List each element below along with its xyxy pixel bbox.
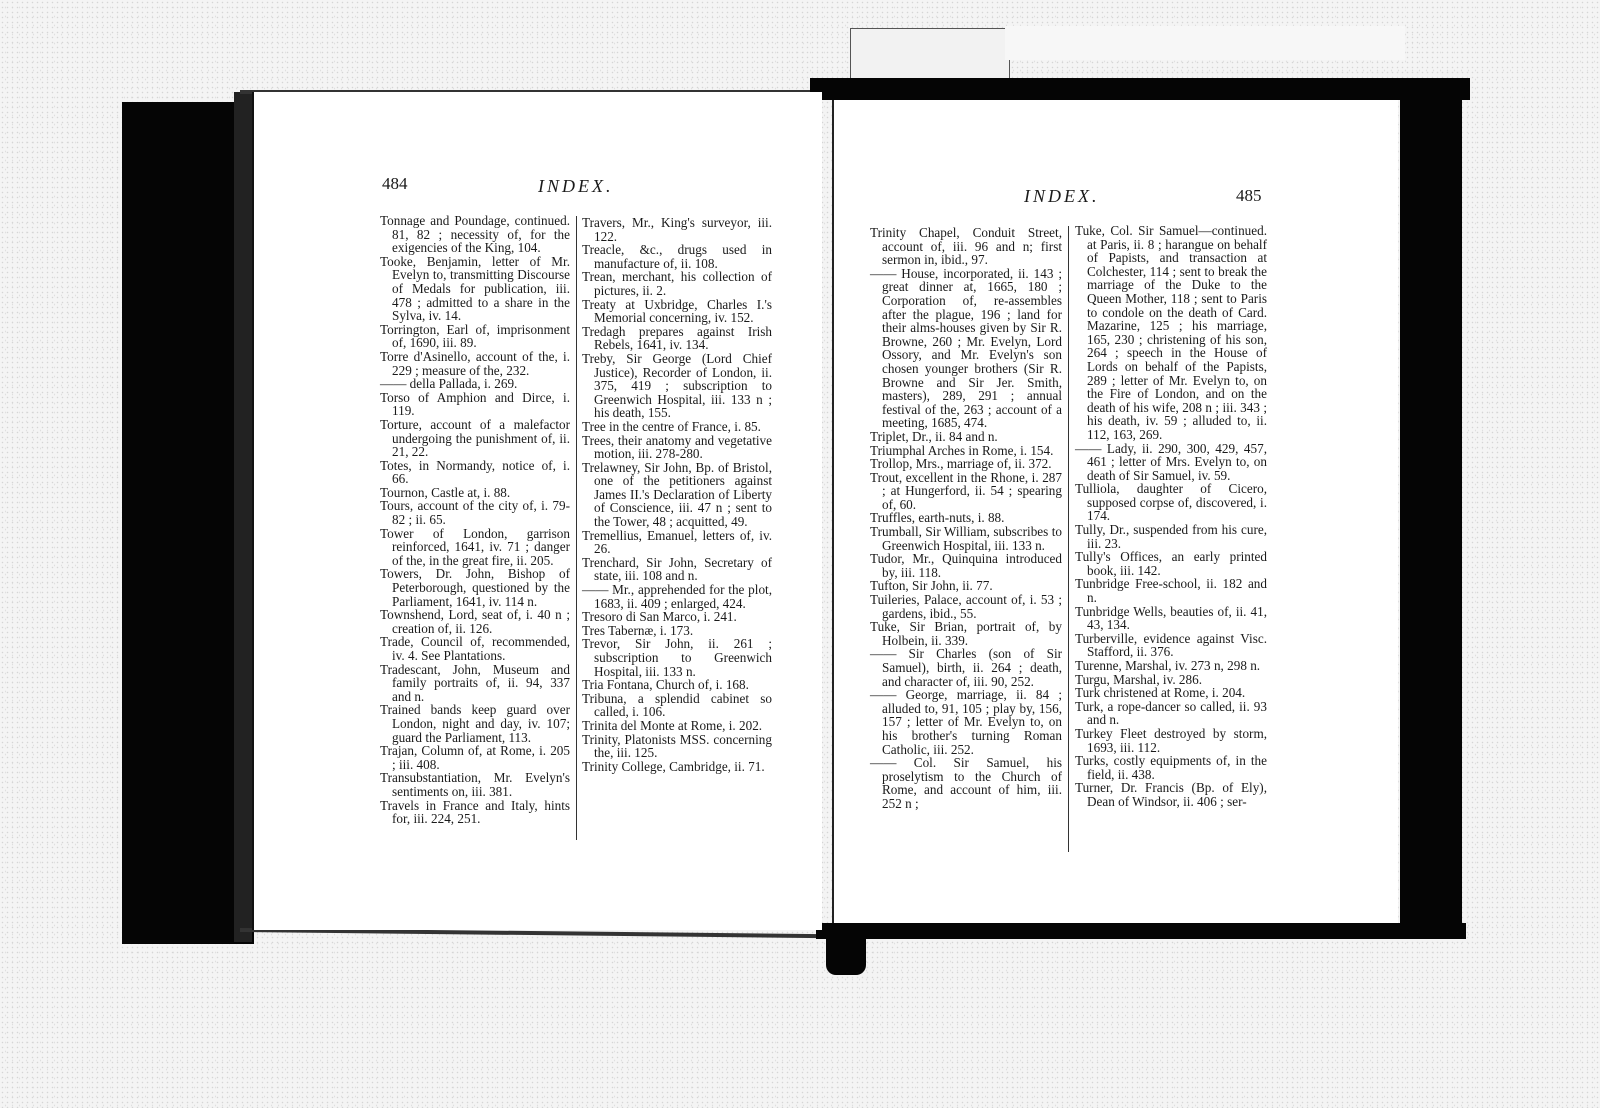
top-tab-strip-2: [1005, 26, 1405, 60]
index-entry: —— Col. Sir Samuel, his proselytism to t…: [870, 756, 1062, 810]
index-entry: Tudor, Mr., Quinquina introduced by, iii…: [870, 552, 1062, 579]
index-entry: Tours, account of the city of, i. 79-82 …: [380, 499, 570, 526]
left-column-divider: [576, 216, 577, 840]
right-bottom-clamp: [826, 935, 866, 975]
index-entry: Trade, Council of, recommended, iv. 4. S…: [380, 635, 570, 662]
index-entry: Transubstantiation, Mr. Evelyn's sentime…: [380, 771, 570, 798]
right-top-cover: [810, 78, 1470, 100]
index-entry: Travers, Mr., King's surveyor, iii. 122.: [582, 216, 772, 243]
left-page-column-1-list: Tonnage and Poundage, continued. 81, 82 …: [380, 214, 570, 826]
right-page-number: 485: [1236, 186, 1262, 206]
right-running-head-title: INDEX.: [1024, 186, 1100, 206]
index-entry: Treaty at Uxbridge, Charles I.'s Memoria…: [582, 298, 772, 325]
index-entry: Turner, Dr. Francis (Bp. of Ely), Dean o…: [1075, 781, 1267, 808]
index-entry: Tower of London, garrison reinforced, 16…: [380, 527, 570, 568]
right-spine-edge: [1400, 78, 1462, 938]
index-entry: Tooke, Benjamin, letter of Mr. Evelyn to…: [380, 255, 570, 323]
index-entry: Trajan, Column of, at Rome, i. 205 ; iii…: [380, 744, 570, 771]
index-entry: Tuke, Sir Brian, portrait of, by Holbein…: [870, 620, 1062, 647]
left-running-head-title: INDEX.: [538, 176, 614, 196]
right-bottom-cover: [816, 923, 1466, 939]
index-entry: Treacle, &c., drugs used in manufacture …: [582, 243, 772, 270]
index-entry: Trenchard, Sir John, Secretary of state,…: [582, 556, 772, 583]
index-entry: Trinita del Monte at Rome, i. 202.: [582, 719, 772, 733]
index-entry: Triplet, Dr., ii. 84 and n.: [870, 430, 1062, 444]
index-entry: Trinity Chapel, Conduit Street, account …: [870, 226, 1062, 267]
index-entry: Triumphal Arches in Rome, i. 154.: [870, 444, 1062, 458]
index-entry: Tunbridge Wells, beauties of, ii. 41, 43…: [1075, 605, 1267, 632]
index-entry: Totes, in Normandy, notice of, i. 66.: [380, 459, 570, 486]
index-entry: Torture, account of a malefactor undergo…: [380, 418, 570, 459]
index-entry: Tufton, Sir John, ii. 77.: [870, 579, 1062, 593]
index-entry: Treby, Sir George (Lord Chief Justice), …: [582, 352, 772, 420]
index-entry: Trelawney, Sir John, Bp. of Bristol, one…: [582, 461, 772, 529]
top-tab-strip: [850, 28, 1010, 80]
index-entry: Torso of Amphion and Dirce, i. 119.: [380, 391, 570, 418]
index-entry: Townshend, Lord, seat of, i. 40 n ; crea…: [380, 608, 570, 635]
index-entry: Truffles, earth-nuts, i. 88.: [870, 511, 1062, 525]
index-entry: Tuke, Col. Sir Samuel—continued. at Pari…: [1075, 224, 1267, 442]
index-entry: Tully's Offices, an early printed book, …: [1075, 550, 1267, 577]
index-entry: Turgu, Marshal, iv. 286.: [1075, 673, 1267, 687]
index-entry: Tunbridge Free-school, ii. 182 and n.: [1075, 577, 1267, 604]
index-entry: Tribuna, a splendid cabinet so called, i…: [582, 692, 772, 719]
index-entry: —— Sir Charles (son of Sir Samuel), birt…: [870, 647, 1062, 688]
index-entry: —— House, incorporated, ii. 143 ; great …: [870, 267, 1062, 430]
index-entry: Tredagh prepares against Irish Rebels, 1…: [582, 325, 772, 352]
right-page-column-1: Trinity Chapel, Conduit Street, account …: [870, 226, 1062, 811]
index-entry: Tres Tabernæ, i. 173.: [582, 624, 772, 638]
index-entry: Turk, a rope-dancer so called, ii. 93 an…: [1075, 700, 1267, 727]
index-entry: Torre d'Asinello, account of the, i. 229…: [380, 350, 570, 377]
left-page-edge: [234, 92, 252, 942]
left-page-number: 484: [382, 174, 408, 194]
index-entry: Trean, merchant, his collection of pictu…: [582, 270, 772, 297]
index-entry: Trollop, Mrs., marriage of, ii. 372.: [870, 457, 1062, 471]
index-entry: Tremellius, Emanuel, letters of, iv. 26.: [582, 529, 772, 556]
index-entry: Tonnage and Poundage, continued. 81, 82 …: [380, 214, 570, 255]
right-page-column-2: Tuke, Col. Sir Samuel—continued. at Pari…: [1075, 224, 1267, 809]
index-entry: Turberville, evidence against Visc. Staf…: [1075, 632, 1267, 659]
index-entry: —— Lady, ii. 290, 300, 429, 457, 461 ; l…: [1075, 442, 1267, 483]
index-entry: Tournon, Castle at, i. 88.: [380, 486, 570, 500]
index-entry: Tully, Dr., suspended from his cure, iii…: [1075, 523, 1267, 550]
right-column-divider: [1068, 226, 1069, 852]
index-entry: Tuileries, Palace, account of, i. 53 ; g…: [870, 593, 1062, 620]
index-entry: Trumball, Sir William, subscribes to Gre…: [870, 525, 1062, 552]
index-entry: Towers, Dr. John, Bishop of Peterborough…: [380, 567, 570, 608]
index-entry: Travels in France and Italy, hints for, …: [380, 799, 570, 826]
index-entry: —— della Pallada, i. 269.: [380, 377, 570, 391]
index-entry: Torrington, Earl of, imprisonment of, 16…: [380, 323, 570, 350]
index-entry: Trevor, Sir John, ii. 261 ; subscription…: [582, 637, 772, 678]
index-entry: Trout, excellent in the Rhone, i. 287 ; …: [870, 471, 1062, 512]
index-entry: Trained bands keep guard over London, ni…: [380, 703, 570, 744]
index-entry: Trinity College, Cambridge, ii. 71.: [582, 760, 772, 774]
index-entry: Turk christened at Rome, i. 204.: [1075, 686, 1267, 700]
index-entry: Turenne, Marshal, iv. 273 n, 298 n.: [1075, 659, 1267, 673]
index-entry: Turks, costly equipments of, in the fiel…: [1075, 754, 1267, 781]
index-entry: Turkey Fleet destroyed by storm, 1693, i…: [1075, 727, 1267, 754]
index-entry: —— George, marriage, ii. 84 ; alluded to…: [870, 688, 1062, 756]
index-entry: —— Mr., apprehended for the plot, 1683, …: [582, 583, 772, 610]
index-entry: Tria Fontana, Church of, i. 168.: [582, 678, 772, 692]
index-entry: Tree in the centre of France, i. 85.: [582, 420, 772, 434]
index-entry: Tresoro di San Marco, i. 241.: [582, 610, 772, 624]
index-entry: Tradescant, John, Museum and family port…: [380, 663, 570, 704]
index-entry: Trees, their anatomy and vegetative moti…: [582, 434, 772, 461]
left-page-column-2: Travers, Mr., King's surveyor, iii. 122.…: [582, 216, 772, 773]
left-running-head: INDEX.: [538, 176, 614, 197]
index-entry: Tulliola, daughter of Cicero, supposed c…: [1075, 482, 1267, 523]
right-running-head: INDEX.: [1024, 186, 1100, 207]
index-entry: Trinity, Platonists MSS. concerning the,…: [582, 733, 772, 760]
